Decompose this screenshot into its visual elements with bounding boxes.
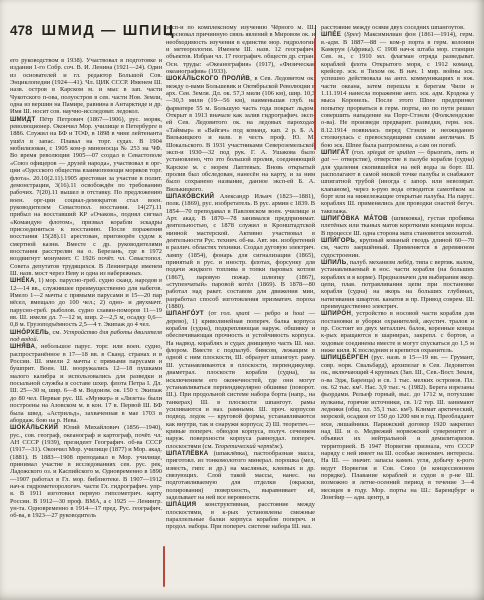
- entry-headword: ШПИ́ГОРЬ: [321, 237, 355, 244]
- gutter-crease-line: [315, 25, 316, 39]
- dictionary-entry: ШПЕ́Е (Spee) Максимилиан фон (1861—1914)…: [321, 31, 474, 149]
- red-pen-margin-mark-shpee: [314, 38, 316, 150]
- running-head: ШМИД — ШПИЦ: [42, 23, 176, 39]
- dictionary-page: 478 ШМИД — ШПИЦ его руководством в 1938)…: [0, 0, 484, 600]
- entry-continuation: эксп-и по комплексному изучению Чёрного …: [166, 24, 315, 75]
- dictionary-entry: ШПИГА́Т (гол. spiegat от spuiten — брызг…: [321, 149, 474, 215]
- page-header: 478 ШМИД — ШПИЦ: [10, 23, 170, 39]
- dictionary-entry: ШОКА́ЛЬСКОГО ПРОЛИ́В, в Сев. Ледовитом о…: [166, 75, 315, 193]
- dictionary-entry: ШПИЛЬ, палуб. механизм лебёд. типа с вер…: [321, 259, 474, 310]
- dictionary-entry: ШНЯ́ВА, небольшое парус. торг. или воен.…: [10, 343, 162, 424]
- entry-headword: ШМИДТ: [10, 116, 36, 123]
- dictionary-entry: ШОКА́ЛЬСКИЙ Юлий Михайлович (1856—1940),…: [10, 424, 162, 519]
- entry-headword: ШНЕ́КА: [10, 277, 35, 284]
- entry-continuation: его руководством в 1938). Участвовал в п…: [10, 57, 162, 116]
- entry-headword: ШПАНГО́УТ: [166, 310, 204, 317]
- dictionary-entry: ШПИРО́Н, устройство в носовой части кора…: [321, 310, 474, 354]
- entry-headword: ШПЕ́Е: [321, 31, 341, 38]
- column-1: его руководством в 1938). Участвовал в п…: [10, 57, 162, 582]
- entry-headword: ШПИЦБЕ́РГЕН: [321, 354, 369, 361]
- dictionary-entry: ШМИДТ Пётр Петрович (1867—1906), рус. мо…: [10, 116, 162, 278]
- page-number: 478: [10, 23, 33, 38]
- entry-headword: ШПИРО́Н: [321, 310, 351, 317]
- dictionary-entry: ШПАНГО́УТ (от гол. spant — ребро и hout …: [166, 310, 315, 450]
- entry-headword: ШНО́РХЕЛЬ: [10, 329, 49, 336]
- dictionary-entry: ШПИ́ГОРЬ, крупный кованый гвоздь длиной …: [321, 237, 474, 259]
- red-pen-margin-mark-shpatsiya: [163, 546, 165, 587]
- entry-headword: ШПА́ЦИЯ: [166, 501, 196, 508]
- dictionary-entry: ШПАКО́ВСКИЙ Александр Ильич (1823—1881),…: [166, 193, 315, 311]
- dictionary-entry: ШПА́ЦИЯ конструктивная, расстояние между…: [166, 501, 315, 530]
- dictionary-entry: ШПАТЛЁВКА (шпаклёвка), пастообразная мас…: [166, 450, 315, 501]
- entry-continuation: расстояние между осями двух соседних шпа…: [321, 24, 474, 31]
- dictionary-entry: ШНЕ́КА, 1) мор. парусно-греб. судно скан…: [10, 277, 162, 328]
- entry-headword: ШПИГА́Т: [321, 149, 349, 156]
- column-3: расстояние между осями двух соседних шпа…: [321, 24, 474, 582]
- entry-headword: ШПИЛЬ: [321, 259, 346, 266]
- column-2: эксп-и по комплексному изучению Чёрного …: [166, 24, 315, 582]
- dictionary-entry: ШНО́РХЕЛЬ, см. Устройство для работы дви…: [10, 329, 162, 344]
- dictionary-entry: ШПИЦБЕ́РГЕН (рус. назв. в 15—19 вв. — Гр…: [321, 354, 474, 501]
- entry-headword: ШОКА́ЛЬСКОГО ПРОЛИ́В: [166, 75, 250, 82]
- entry-headword: ШПИГО́ВКА МА́ТОВ: [321, 215, 388, 222]
- entry-headword: ШПАКО́ВСКИЙ: [166, 193, 214, 200]
- dictionary-entry: ШПИГО́ВКА МА́ТОВ (шпиковка), густая проб…: [321, 215, 474, 237]
- entry-headword: ШПАТЛЁВКА: [166, 450, 209, 457]
- entry-headword: ШНЯ́ВА: [10, 343, 35, 350]
- entry-headword: ШОКА́ЛЬСКИЙ: [10, 424, 58, 431]
